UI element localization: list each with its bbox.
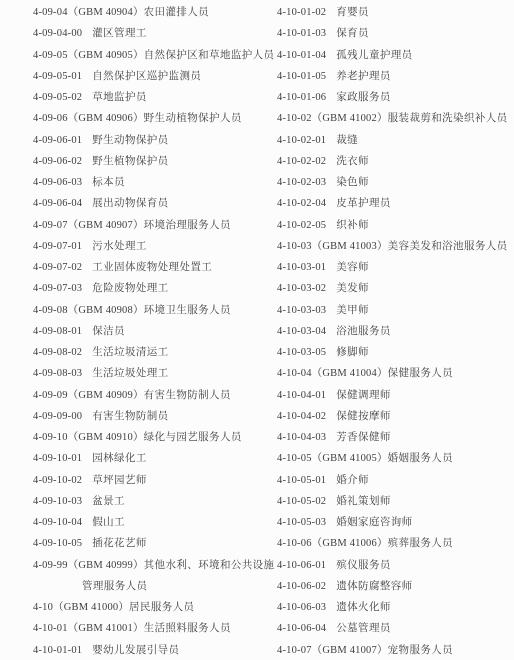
entry-code: 4-10-05-03	[277, 517, 326, 528]
entry-code: 4-10-03-02	[277, 283, 326, 294]
entry-label: 婚姻家庭咨询师	[336, 517, 412, 528]
entry-label: 展出动物保育员	[92, 198, 168, 209]
entry-code: 4-10-06-02	[277, 581, 326, 592]
list-entry: 4-10-02-01裁缝	[277, 130, 509, 151]
list-entry: 4-09-06-01野生动物保护员	[33, 130, 275, 151]
entry-code: 4-10-02-01	[277, 135, 326, 146]
entry-label: 婴幼儿发展引导员	[92, 645, 179, 656]
entry-label: 草地监护员	[92, 92, 147, 103]
list-entry: 4-09-04-00灌区管理工	[33, 23, 275, 44]
entry-code: 4-09-06-03	[33, 177, 82, 188]
list-entry: 4-09-09（GBM 40909）有害生物防制人员	[33, 385, 275, 406]
list-entry: 4-10-02-02洗衣师	[277, 151, 509, 172]
entry-code: 4-09-04（GBM 40904）	[33, 7, 144, 18]
list-entry: 4-09-06-02野生植物保护员	[33, 151, 275, 172]
entry-label: 公墓管理员	[336, 623, 391, 634]
entry-code: 4-10-06-01	[277, 560, 326, 571]
entry-code: 4-10-01-03	[277, 28, 326, 39]
entry-label: 环境卫生服务人员	[144, 305, 231, 316]
list-entry: 4-10-05-01婚介师	[277, 470, 509, 491]
entry-label: 家政服务员	[336, 92, 391, 103]
list-entry: 4-10-03-05修脚师	[277, 342, 509, 363]
entry-label: 宠物服务人员	[388, 645, 453, 656]
entry-label: 服装裁剪和洗染织补人员	[388, 113, 508, 124]
entry-label: 美容美发和浴池服务人员	[388, 241, 508, 252]
entry-code: 4-10-03-01	[277, 262, 326, 273]
list-entry: 4-10-03（GBM 41003）美容美发和浴池服务人员	[277, 236, 509, 257]
entry-code: 4-10-04-03	[277, 432, 326, 443]
list-entry: 4-10-01-04孤残儿童护理员	[277, 45, 509, 66]
list-entry: 4-10-06-01殡仪服务员	[277, 555, 509, 576]
list-entry: 4-09-08-02生活垃圾清运工	[33, 342, 275, 363]
list-entry: 4-10-04-01保健调理师	[277, 385, 509, 406]
entry-label: 殡仪服务员	[336, 560, 391, 571]
entry-label: 保育员	[336, 28, 369, 39]
entry-label: 皮革护理员	[336, 198, 391, 209]
entry-code: 4-09-09-00	[33, 411, 82, 422]
entry-code: 4-10-04（GBM 41004）	[277, 368, 388, 379]
entry-code: 4-09-07-01	[33, 241, 82, 252]
entry-label: 草坪园艺师	[92, 475, 147, 486]
occupation-list-column-right: 4-10-01-02育婴员4-10-01-03保育员4-10-01-04孤残儿童…	[277, 2, 509, 660]
entry-label: 婚姻服务人员	[388, 453, 453, 464]
list-entry: 4-09-08-03生活垃圾处理工	[33, 363, 275, 384]
entry-code: 4-10-01-01	[33, 645, 82, 656]
list-entry: 4-10-03-04浴池服务员	[277, 321, 509, 342]
list-entry: 4-09-06-03标本员	[33, 172, 275, 193]
list-entry: 4-10-05-03婚姻家庭咨询师	[277, 512, 509, 533]
entry-label: 自然保护区和草地监护人员	[144, 50, 275, 61]
entry-label: 绿化与园艺服务人员	[144, 432, 242, 443]
list-entry: 4-09-10-02草坪园艺师	[33, 470, 275, 491]
entry-code: 4-09-09（GBM 40909）	[33, 390, 144, 401]
entry-code: 4-10-02-03	[277, 177, 326, 188]
entry-code: 4-10-03-05	[277, 347, 326, 358]
list-entry: 4-09-10-03盆景工	[33, 491, 275, 512]
entry-label: 染色师	[336, 177, 369, 188]
entry-code: 4-10-05（GBM 41005）	[277, 453, 388, 464]
entry-code: 4-10-02-05	[277, 220, 326, 231]
list-entry: 4-09-09-00有害生物防制员	[33, 406, 275, 427]
entry-code: 4-10-03（GBM 41003）	[277, 241, 388, 252]
entry-code: 4-09-05（GBM 40905）	[33, 50, 144, 61]
list-entry: 4-10-04-02保健按摩师	[277, 406, 509, 427]
list-entry: 4-09-10-01园林绿化工	[33, 448, 275, 469]
list-entry: 4-09-07（GBM 40907）环境治理服务人员	[33, 215, 275, 236]
list-entry: 4-10-02-03染色师	[277, 172, 509, 193]
entry-code: 4-10-02-04	[277, 198, 326, 209]
entry-code: 4-10-03-03	[277, 305, 326, 316]
entry-label: 保洁员	[92, 326, 125, 337]
entry-code: 4-09-10-01	[33, 453, 82, 464]
list-entry: 4-09-10-05插花花艺师	[33, 533, 275, 554]
list-entry: 4-10-03-02美发师	[277, 278, 509, 299]
entry-code: 4-09-10-05	[33, 538, 82, 549]
entry-label: 保健按摩师	[336, 411, 391, 422]
entry-code: 4-09-06-04	[33, 198, 82, 209]
entry-label: 生活垃圾清运工	[92, 347, 168, 358]
entry-code: 4-09-99（GBM 40999）	[33, 560, 144, 571]
list-entry: 4-09-05-02草地监护员	[33, 87, 275, 108]
entry-label: 假山工	[92, 517, 125, 528]
entry-label: 野生动植物保护人员	[144, 113, 242, 124]
list-entry: 4-09-07-01污水处理工	[33, 236, 275, 257]
list-entry: 4-09-05（GBM 40905）自然保护区和草地监护人员	[33, 45, 275, 66]
entry-label: 环境治理服务人员	[144, 220, 231, 231]
entry-label: 美发师	[336, 283, 369, 294]
entry-label: 盆景工	[92, 496, 125, 507]
entry-code: 4-09-06-01	[33, 135, 82, 146]
entry-label: 标本员	[92, 177, 125, 188]
entry-code: 4-10-06-03	[277, 602, 326, 613]
entry-code: 4-10-06-04	[277, 623, 326, 634]
entry-label: 裁缝	[336, 135, 358, 146]
entry-code: 4-09-05-01	[33, 71, 82, 82]
entry-label: 养老护理员	[336, 71, 391, 82]
entry-label: 保健服务人员	[388, 368, 453, 379]
list-entry: 4-09-08-01保洁员	[33, 321, 275, 342]
entry-code: 4-10-05-01	[277, 475, 326, 486]
list-entry: 4-10-03-03美甲师	[277, 300, 509, 321]
list-entry: 4-10-03-01美容师	[277, 257, 509, 278]
list-entry: 4-10-06-04公墓管理员	[277, 618, 509, 639]
entry-code: 4-10-02（GBM 41002）	[277, 113, 388, 124]
entry-label: 生活垃圾处理工	[92, 368, 168, 379]
entry-code: 4-09-08-01	[33, 326, 82, 337]
entry-code: 4-10（GBM 41000）	[33, 602, 129, 613]
list-entry: 4-10-02-04皮革护理员	[277, 193, 509, 214]
entry-code: 4-09-06（GBM 40906）	[33, 113, 144, 124]
list-entry: 4-10-02（GBM 41002）服装裁剪和洗染织补人员	[277, 108, 509, 129]
entry-code: 4-09-10-04	[33, 517, 82, 528]
list-entry: 4-09-07-02工业固体废物处理处置工	[33, 257, 275, 278]
list-entry: 4-10-01（GBM 41001）生活照料服务人员	[33, 618, 275, 639]
entry-label: 织补师	[336, 220, 369, 231]
entry-label: 园林绿化工	[92, 453, 147, 464]
entry-code: 4-09-07-02	[33, 262, 82, 273]
list-entry: 4-09-05-01自然保护区巡护监测员	[33, 66, 275, 87]
list-entry: 4-09-10-04假山工	[33, 512, 275, 533]
entry-label: 育婴员	[336, 7, 369, 18]
list-entry: 4-10-07（GBM 41007）宠物服务人员	[277, 640, 509, 660]
list-entry: 4-10-01-05养老护理员	[277, 66, 509, 87]
entry-code: 4-10-05-02	[277, 496, 326, 507]
list-entry: 4-10-01-03保育员	[277, 23, 509, 44]
entry-label: 保健调理师	[336, 390, 391, 401]
list-entry: 4-10-05（GBM 41005）婚姻服务人员	[277, 448, 509, 469]
entry-code: 4-09-07（GBM 40907）	[33, 220, 144, 231]
entry-code: 4-10-06（GBM 41006）	[277, 538, 388, 549]
entry-code: 4-10-01-04	[277, 50, 326, 61]
list-entry: 4-10-06-02遗体防腐整容师	[277, 576, 509, 597]
entry-code: 4-10-01-05	[277, 71, 326, 82]
list-entry: 4-09-04（GBM 40904）农田灌排人员	[33, 2, 275, 23]
entry-label: 灌区管理工	[92, 28, 147, 39]
entry-code: 4-09-07-03	[33, 283, 82, 294]
list-entry: 4-09-08（GBM 40908）环境卫生服务人员	[33, 300, 275, 321]
list-entry: 4-09-99（GBM 40999）其他水利、环境和公共设施管理服务人员	[33, 555, 275, 598]
list-entry: 4-10-01-01婴幼儿发展引导员	[33, 640, 275, 660]
entry-code: 4-10-02-02	[277, 156, 326, 167]
entry-label: 危险废物处理工	[92, 283, 168, 294]
entry-code: 4-09-08（GBM 40908）	[33, 305, 144, 316]
entry-label: 自然保护区巡护监测员	[92, 71, 201, 82]
entry-label: 工业固体废物处理处置工	[92, 262, 212, 273]
list-entry: 4-09-06-04展出动物保育员	[33, 193, 275, 214]
list-entry: 4-10-04（GBM 41004）保健服务人员	[277, 363, 509, 384]
entry-code: 4-10-07（GBM 41007）	[277, 645, 388, 656]
entry-label: 污水处理工	[92, 241, 147, 252]
entry-label: 婚礼策划师	[336, 496, 391, 507]
entry-code: 4-09-08-02	[33, 347, 82, 358]
list-entry: 4-10（GBM 41000）居民服务人员	[33, 597, 275, 618]
list-entry: 4-10-05-02婚礼策划师	[277, 491, 509, 512]
entry-code: 4-09-10-03	[33, 496, 82, 507]
list-entry: 4-10-01-02育婴员	[277, 2, 509, 23]
list-entry: 4-10-02-05织补师	[277, 215, 509, 236]
occupation-list-column-left: 4-09-04（GBM 40904）农田灌排人员4-09-04-00灌区管理工4…	[33, 2, 275, 660]
entry-code: 4-09-10-02	[33, 475, 82, 486]
entry-code: 4-10-04-01	[277, 390, 326, 401]
list-entry: 4-10-04-03芳香保健师	[277, 427, 509, 448]
entry-label: 殡葬服务人员	[388, 538, 453, 549]
entry-code: 4-10-03-04	[277, 326, 326, 337]
entry-label: 遗体防腐整容师	[336, 581, 412, 592]
list-entry: 4-10-01-06家政服务员	[277, 87, 509, 108]
entry-label: 美甲师	[336, 305, 369, 316]
entry-code: 4-09-05-02	[33, 92, 82, 103]
entry-label: 有害生物防制人员	[144, 390, 231, 401]
entry-label: 插花花艺师	[92, 538, 147, 549]
entry-label: 美容师	[336, 262, 369, 273]
entry-code: 4-10-04-02	[277, 411, 326, 422]
list-entry: 4-10-06-03遗体火化师	[277, 597, 509, 618]
entry-code: 4-10-01-06	[277, 92, 326, 103]
list-entry: 4-09-06（GBM 40906）野生动植物保护人员	[33, 108, 275, 129]
entry-code: 4-09-08-03	[33, 368, 82, 379]
list-entry: 4-10-06（GBM 41006）殡葬服务人员	[277, 533, 509, 554]
entry-label: 孤残儿童护理员	[336, 50, 412, 61]
entry-label: 野生动物保护员	[92, 135, 168, 146]
entry-label: 有害生物防制员	[92, 411, 168, 422]
entry-label: 居民服务人员	[129, 602, 194, 613]
entry-code: 4-10-01-02	[277, 7, 326, 18]
entry-code: 4-09-10（GBM 40910）	[33, 432, 144, 443]
list-entry: 4-09-10（GBM 40910）绿化与园艺服务人员	[33, 427, 275, 448]
entry-label: 遗体火化师	[336, 602, 391, 613]
entry-code: 4-10-01（GBM 41001）	[33, 623, 144, 634]
list-entry: 4-09-07-03危险废物处理工	[33, 278, 275, 299]
entry-label: 修脚师	[336, 347, 369, 358]
entry-label: 生活照料服务人员	[144, 623, 231, 634]
entry-code: 4-09-06-02	[33, 156, 82, 167]
entry-label: 野生植物保护员	[92, 156, 168, 167]
entry-label: 洗衣师	[336, 156, 369, 167]
entry-label: 婚介师	[336, 475, 369, 486]
entry-label: 农田灌排人员	[144, 7, 209, 18]
entry-label: 浴池服务员	[336, 326, 391, 337]
scanned-document-page: 4-09-04（GBM 40904）农田灌排人员4-09-04-00灌区管理工4…	[0, 0, 514, 660]
entry-label: 芳香保健师	[336, 432, 391, 443]
entry-code: 4-09-04-00	[33, 28, 82, 39]
